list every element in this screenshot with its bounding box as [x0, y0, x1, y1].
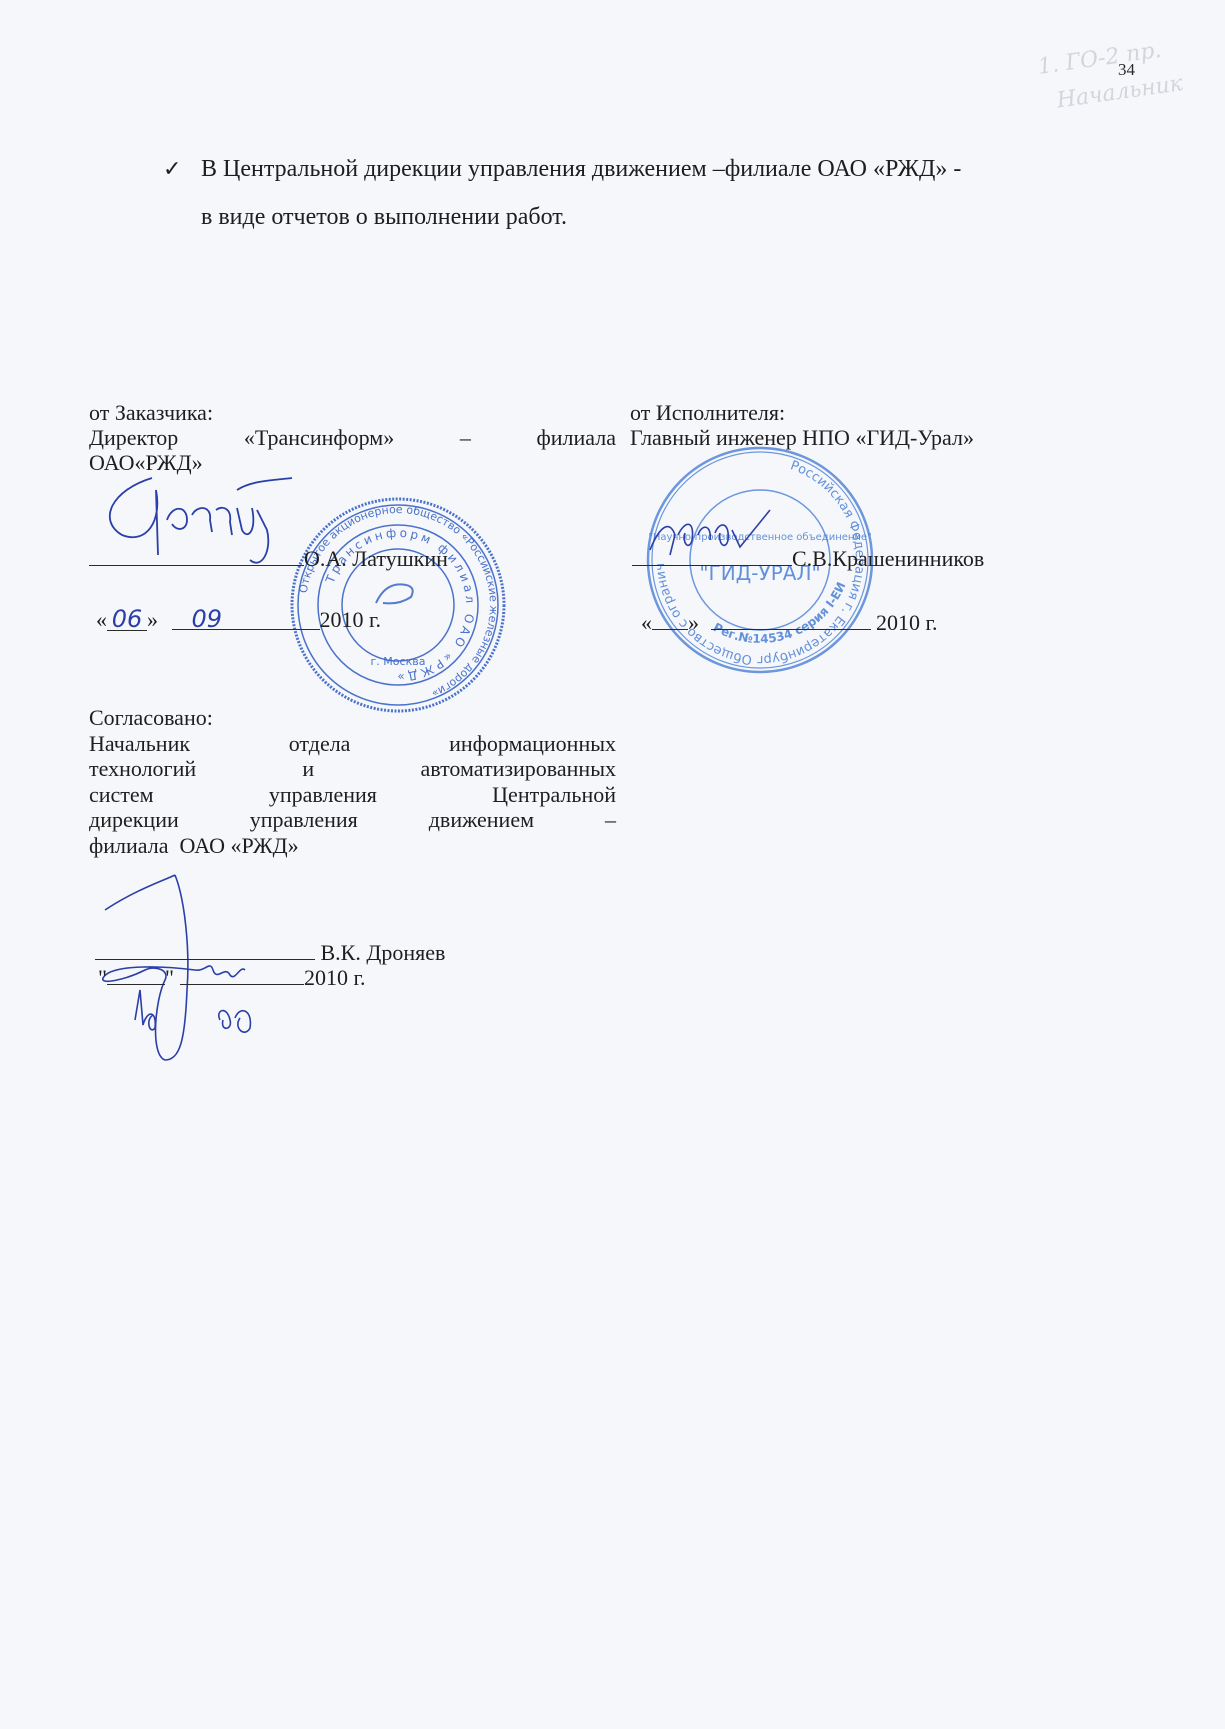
bullet-item: ✓В Центральной дирекции управления движе… — [163, 143, 1143, 239]
agreed-title-line: дирекции управления движением – — [89, 807, 616, 833]
bullet-text-line2: в виде отчетов о выполнении работ. — [163, 195, 1143, 239]
agreed-date-day — [107, 962, 165, 985]
agreed-date-month — [180, 962, 304, 985]
contractor-date-day — [652, 607, 688, 630]
agreed-date-year: 2010 г. — [304, 965, 366, 990]
svg-text:г. Москва: г. Москва — [371, 655, 426, 668]
customer-date-month: 09 — [172, 608, 320, 630]
customer-signatory: О.А. Латушкин — [304, 546, 448, 571]
contractor-date-line: «» 2010 г. — [641, 607, 938, 636]
bullet-text-line1: В Центральной дирекции управления движен… — [201, 156, 961, 182]
agreed-title-line: Начальник отдела информационных — [89, 731, 616, 757]
customer-title-line1: Директор «Трансинформ» – филиала — [89, 425, 616, 450]
customer-signature-line: О.А. Латушкин — [89, 543, 448, 572]
agreed-block: Согласовано: Начальник отдела информацио… — [89, 705, 616, 858]
checkmark-icon: ✓ — [163, 143, 201, 195]
contractor-signature-line: С.В.Крашенинников — [632, 543, 984, 572]
contractor-heading: от Исполнителя: — [630, 400, 1100, 425]
contractor-signatory: С.В.Крашенинников — [792, 546, 984, 571]
agreed-title-line: филиала ОАО «РЖД» — [89, 833, 616, 859]
contractor-date-month — [711, 607, 871, 630]
agreed-heading: Согласовано: — [89, 705, 616, 731]
customer-heading: от Заказчика: — [89, 400, 616, 425]
customer-date-year: 2010 г. — [320, 607, 382, 632]
customer-date-day: 06 — [107, 608, 147, 631]
pencil-annotation: 1. ГО-2 пр. Начальник — [1036, 31, 1186, 122]
agreed-title-line: технологий и автоматизированных — [89, 756, 616, 782]
customer-stamp: Открытое акционерное общество «Российски… — [288, 495, 508, 715]
contractor-date-year: 2010 г. — [876, 610, 938, 635]
agreed-title-line: систем управления Центральной — [89, 782, 616, 808]
agreed-date-line: ""2010 г. — [98, 962, 366, 991]
customer-date-line: «06» 092010 г. — [96, 607, 381, 633]
